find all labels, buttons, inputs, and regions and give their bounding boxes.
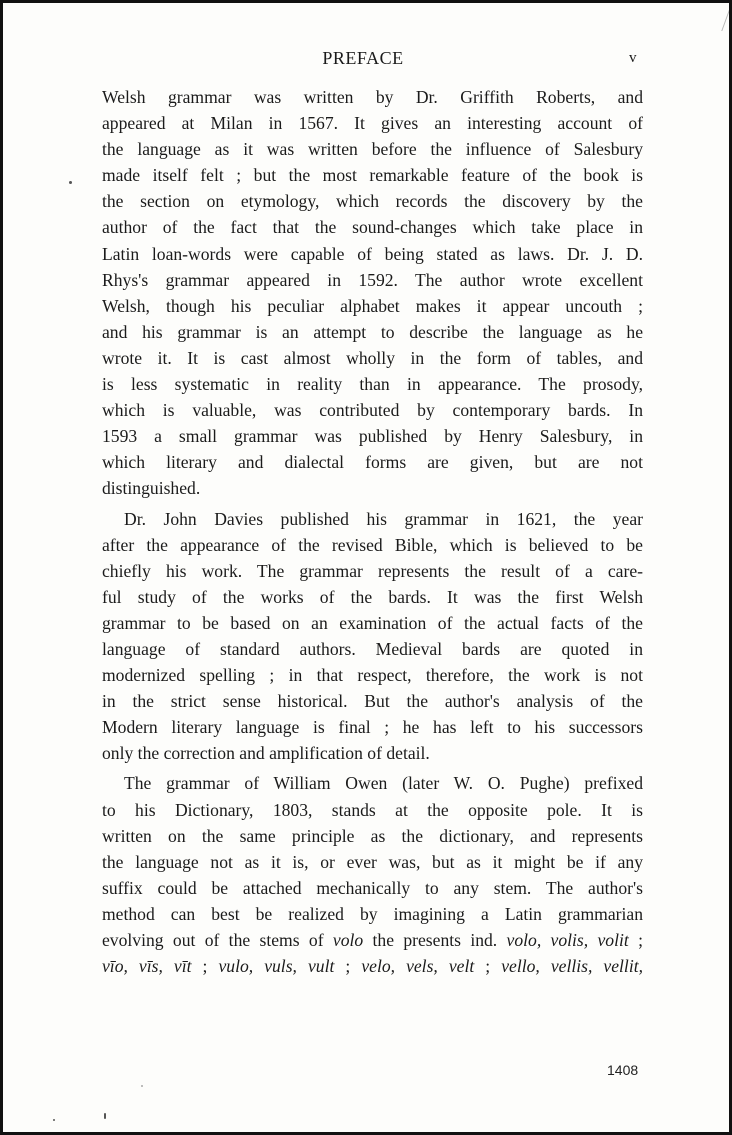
text-segment: evolving out of the stems of xyxy=(102,930,333,950)
page-corner-mark xyxy=(711,5,731,31)
text-line: Latin loan-words were capable of being s… xyxy=(102,241,643,267)
text-line: 1593 a small grammar was published by He… xyxy=(102,423,643,449)
text-line: distinguished. xyxy=(102,475,643,501)
scanned-page: PREFACE v Welsh grammar was written by D… xyxy=(0,0,732,1135)
text-segment: the presents ind. xyxy=(363,930,506,950)
paragraph-2: Dr. John Davies published his grammar in… xyxy=(102,506,643,767)
latin-term: vello, vellis, vellit, xyxy=(501,956,643,976)
paragraph-3: The grammar of William Owen (later W. O.… xyxy=(102,770,643,979)
text-line: The grammar of William Owen (later W. O.… xyxy=(102,770,643,796)
text-line: appeared at Milan in 1567. It gives an i… xyxy=(102,110,643,136)
text-line: Dr. John Davies published his grammar in… xyxy=(102,506,643,532)
body-text: Welsh grammar was written by Dr. Griffit… xyxy=(102,84,643,983)
text-line: the language as it was written before th… xyxy=(102,136,643,162)
text-line-mixed: vīo, vīs, vīt ; vulo, vuls, vult ; velo,… xyxy=(102,953,643,979)
text-segment: ; xyxy=(474,956,501,976)
text-line: and his grammar is an attempt to describ… xyxy=(102,319,643,345)
scan-speck xyxy=(53,1119,55,1121)
text-line: only the correction and amplification of… xyxy=(102,740,643,766)
text-line: ful study of the works of the bards. It … xyxy=(102,584,643,610)
text-line: language of standard authors. Medieval b… xyxy=(102,636,643,662)
paragraph-1: Welsh grammar was written by Dr. Griffit… xyxy=(102,84,643,502)
text-line: in the strict sense historical. But the … xyxy=(102,688,643,714)
text-line: made itself felt ; but the most remarkab… xyxy=(102,162,643,188)
text-line: chiefly his work. The grammar represents… xyxy=(102,558,643,584)
latin-term: volo xyxy=(333,930,363,950)
text-segment: ; xyxy=(629,930,643,950)
text-line: suffix could be attached mechanically to… xyxy=(102,875,643,901)
text-line: to his Dictionary, 1803, stands at the o… xyxy=(102,797,643,823)
text-line: modernized spelling ; in that respect, t… xyxy=(102,662,643,688)
scan-speck xyxy=(141,1085,143,1087)
text-line: wrote it. It is cast almost wholly in th… xyxy=(102,345,643,371)
scan-speck xyxy=(104,1113,106,1119)
latin-term: velo, vels, velt xyxy=(361,956,474,976)
page-number: 1408 xyxy=(607,1062,638,1078)
text-line: grammar to be based on an examination of… xyxy=(102,610,643,636)
text-line: after the appearance of the revised Bibl… xyxy=(102,532,643,558)
text-line: Modern literary language is final ; he h… xyxy=(102,714,643,740)
folio-roman-numeral: v xyxy=(629,50,637,67)
latin-term: vulo, vuls, vult xyxy=(218,956,334,976)
running-head: PREFACE v xyxy=(3,48,729,76)
text-line: Welsh, though his peculiar alphabet make… xyxy=(102,293,643,319)
text-segment: ; xyxy=(192,956,219,976)
text-line: Rhys's grammar appeared in 1592. The aut… xyxy=(102,267,643,293)
text-line: written on the same principle as the dic… xyxy=(102,823,643,849)
text-line-mixed: evolving out of the stems of volo the pr… xyxy=(102,927,643,953)
text-line: the section on etymology, which records … xyxy=(102,188,643,214)
text-segment: ; xyxy=(334,956,361,976)
text-line: which is valuable, was contributed by co… xyxy=(102,397,643,423)
latin-term: volo, volis, volit xyxy=(507,930,629,950)
text-line: method can best be realized by imagining… xyxy=(102,901,643,927)
text-line: Welsh grammar was written by Dr. Griffit… xyxy=(102,84,643,110)
text-line: which literary and dialectal forms are g… xyxy=(102,449,643,475)
scan-speck xyxy=(69,181,72,184)
text-line: the language not as it is, or ever was, … xyxy=(102,849,643,875)
latin-term: vīo, vīs, vīt xyxy=(102,956,192,976)
text-line: author of the fact that the sound-change… xyxy=(102,214,643,240)
running-head-title: PREFACE xyxy=(303,48,423,69)
text-line: is less systematic in reality than in ap… xyxy=(102,371,643,397)
